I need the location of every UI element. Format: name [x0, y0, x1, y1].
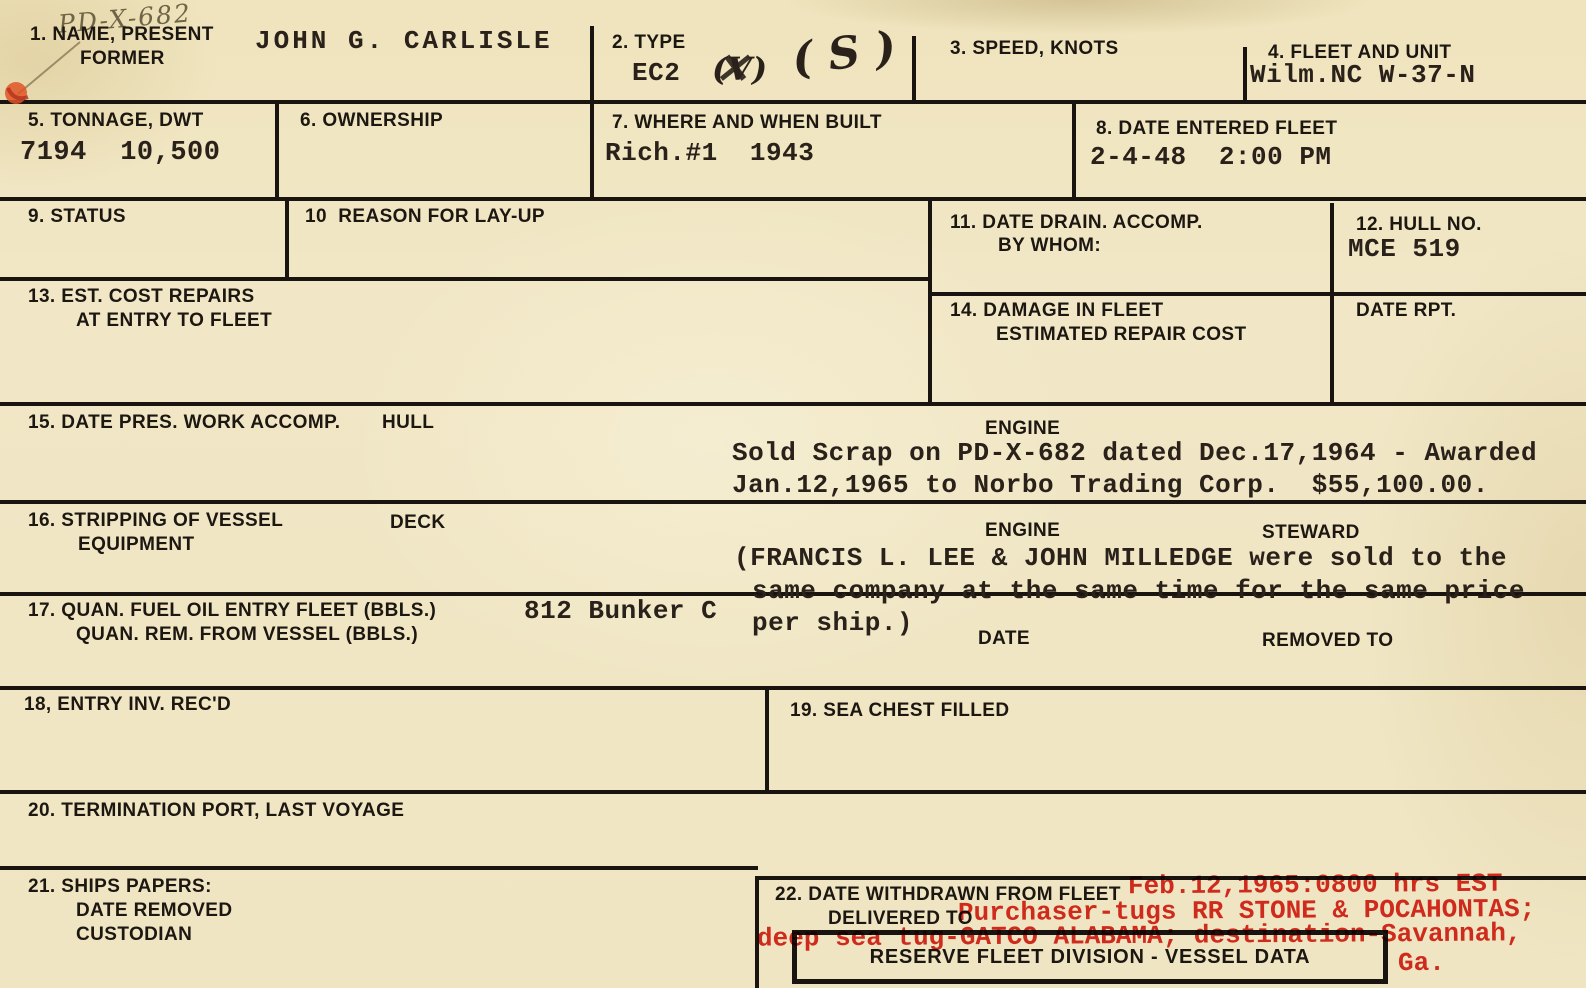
field21-label3: CUSTODIAN	[76, 924, 192, 946]
grid-line	[0, 277, 928, 281]
field20-label: 20. TERMINATION PORT, LAST VOYAGE	[28, 800, 404, 822]
handwritten-type-note: ( S )	[789, 22, 899, 85]
field8-label: 8. DATE ENTERED FLEET	[1096, 118, 1337, 140]
grid-line	[1330, 203, 1334, 402]
field15-hull-header: HULL	[382, 412, 434, 434]
grid-line	[590, 100, 594, 197]
field7-label: 7. WHERE AND WHEN BUILT	[612, 112, 882, 134]
lee-milledge-note-line1: (FRANCIS L. LEE & JOHN MILLEDGE were sol…	[734, 543, 1507, 573]
field13-label2: AT ENTRY TO FLEET	[76, 310, 272, 332]
field17-date-header: DATE	[978, 628, 1030, 650]
lee-milledge-note-line3: per ship.)	[752, 608, 913, 638]
field5-label: 5. TONNAGE, DWT	[28, 110, 204, 132]
strikeout-x-mark: ✕	[714, 44, 749, 93]
tonnage-value: 7194 10,500	[20, 138, 220, 168]
grid-line	[0, 500, 1586, 504]
field9-label: 9. STATUS	[28, 206, 126, 228]
lee-milledge-note-line2: same company at the same time for the sa…	[752, 576, 1525, 606]
grid-line	[275, 100, 279, 197]
field1-label-former: FORMER	[80, 48, 165, 70]
field6-label: 6. OWNERSHIP	[300, 110, 443, 132]
grid-line	[0, 686, 1586, 690]
field16-label: 16. STRIPPING OF VESSEL	[28, 510, 283, 532]
grid-line	[1243, 47, 1247, 102]
field11-label-bywhom: BY WHOM:	[998, 235, 1101, 257]
field18-label: 18, ENTRY INV. REC'D	[24, 694, 231, 716]
hull-number-value: MCE 519	[1348, 234, 1461, 264]
field17-label2: QUAN. REM. FROM VESSEL (BBLS.)	[76, 624, 418, 646]
date-rpt-label: DATE RPT.	[1356, 300, 1456, 322]
grid-line	[285, 197, 289, 277]
vessel-record-card: PD-X-682 1. NAME, PRESENT FORMER JOHN G.…	[0, 0, 1586, 988]
field1-label: 1. NAME, PRESENT	[30, 24, 214, 46]
field15-engine-header: ENGINE	[985, 418, 1060, 440]
field12-label: 12. HULL NO.	[1356, 214, 1482, 236]
field11-label: 11. DATE DRAIN. ACCOMP.	[950, 212, 1203, 234]
field16-label2: EQUIPMENT	[78, 534, 195, 556]
field15-label: 15. DATE PRES. WORK ACCOMP.	[28, 412, 340, 434]
grid-line	[1072, 100, 1076, 197]
field10-label: 10 REASON FOR LAY-UP	[305, 206, 545, 228]
field14-label: 14. DAMAGE IN FLEET	[950, 300, 1163, 322]
field13-label: 13. EST. COST REPAIRS	[28, 286, 255, 308]
pencil-check-mark	[2, 36, 92, 106]
field21-label: 21. SHIPS PAPERS:	[28, 876, 212, 898]
field16-deck-header: DECK	[390, 512, 445, 534]
grid-line	[928, 292, 1586, 296]
field2-label: 2. TYPE	[612, 32, 686, 54]
vessel-name-value: JOHN G. CARLISLE	[255, 26, 553, 56]
field14-label2: ESTIMATED REPAIR COST	[996, 324, 1246, 346]
where-built-value: Rich.#1 1943	[605, 138, 814, 168]
grid-line	[0, 100, 1586, 104]
field16-engine-header: ENGINE	[985, 520, 1060, 542]
grid-line	[765, 686, 769, 790]
sold-scrap-note-line2: Jan.12,1965 to Norbo Trading Corp. $55,1…	[732, 470, 1489, 500]
grid-line	[928, 197, 932, 402]
field17-removed-to-header: REMOVED TO	[1262, 630, 1393, 652]
vessel-type-value: EC2	[632, 58, 680, 88]
grid-line	[912, 36, 916, 102]
fuel-oil-value: 812 Bunker C	[524, 596, 717, 626]
field3-label: 3. SPEED, KNOTS	[950, 38, 1119, 60]
fleet-unit-value: Wilm.NC W-37-N	[1250, 60, 1475, 90]
grid-line	[0, 402, 1586, 406]
sold-scrap-note-line1: Sold Scrap on PD-X-682 dated Dec.17,1964…	[732, 438, 1537, 468]
grid-line	[0, 866, 758, 870]
field21-label2: DATE REMOVED	[76, 900, 232, 922]
grid-line	[590, 26, 594, 102]
field16-steward-header: STEWARD	[1262, 522, 1360, 544]
grid-line	[0, 790, 1586, 794]
field19-label: 19. SEA CHEST FILLED	[790, 700, 1010, 722]
delivered-to-stamp-line3: Ga.	[1398, 948, 1445, 978]
grid-line	[0, 197, 1586, 201]
field17-label: 17. QUAN. FUEL OIL ENTRY FLEET (BBLS.)	[28, 600, 436, 622]
date-entered-value: 2-4-48 2:00 PM	[1090, 142, 1332, 172]
